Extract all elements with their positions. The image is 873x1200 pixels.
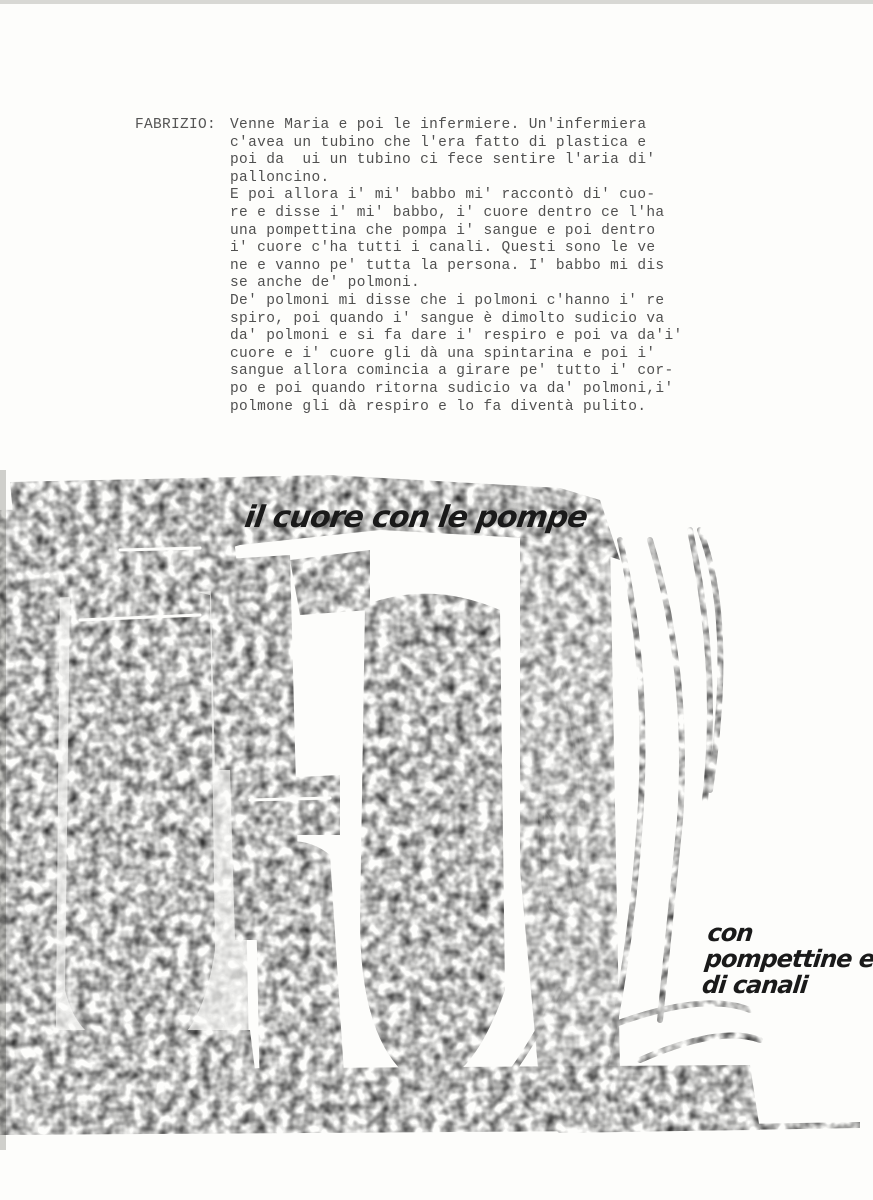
text-line: i' cuore c'ha tutti i canali. Questi son…	[230, 240, 790, 258]
heart-drawing	[0, 470, 873, 1170]
text-line: se anche de' polmoni.	[230, 275, 790, 293]
page-edge	[0, 0, 873, 4]
text-line: una pompettina che pompa i' sangue e poi…	[230, 223, 790, 241]
text-line: c'avea un tubino che l'era fatto di plas…	[230, 135, 790, 153]
text-line: spiro, poi quando i' sangue è dimolto su…	[230, 311, 790, 329]
handwritten-caption-top: il cuore con le pompe	[243, 500, 590, 535]
text-line: polmone gli dà respiro e lo fa diventà p…	[230, 399, 790, 417]
text-line: Venne Maria e poi le infermiere. Un'infe…	[230, 117, 790, 135]
text-line: cuore e i' cuore gli dà una spintarina e…	[230, 346, 790, 364]
text-line: poi da ui un tubino ci fece sentire l'ar…	[230, 152, 790, 170]
text-line: da' polmoni e si fa dare i' respiro e po…	[230, 328, 790, 346]
text-line: palloncino.	[230, 170, 790, 188]
typewritten-text: Venne Maria e poi le infermiere. Un'infe…	[230, 117, 790, 416]
text-line: De' polmoni mi disse che i polmoni c'han…	[230, 293, 790, 311]
text-line: po e poi quando ritorna sudicio va da' p…	[230, 381, 790, 399]
speaker-label: FABRIZIO:	[135, 117, 216, 133]
text-line: ne e vanno pe' tutta la persona. I' babb…	[230, 258, 790, 276]
text-line: re e disse i' mi' babbo, i' cuore dentro…	[230, 205, 790, 223]
text-line: sangue allora comincia a girare pe' tutt…	[230, 363, 790, 381]
handwritten-caption-side: con pompettine e di canali	[701, 920, 873, 998]
text-line: E poi allora i' mi' babbo mi' raccontò d…	[230, 187, 790, 205]
